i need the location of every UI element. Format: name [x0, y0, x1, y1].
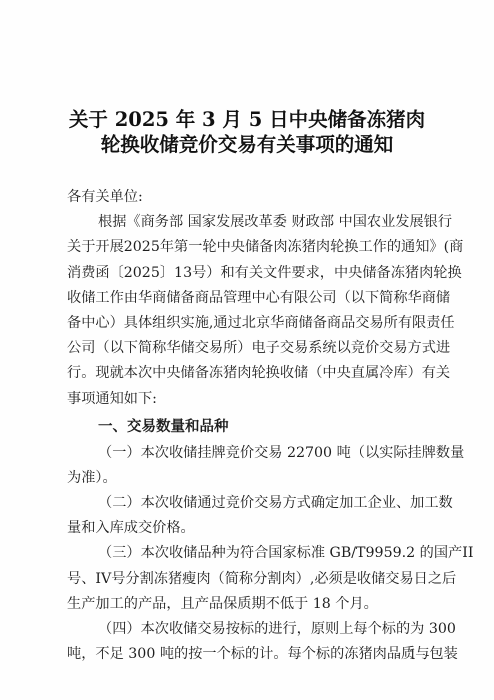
- item-1-line: （一）本次收储挂牌竞价交易 22700 吨（以实际挂牌数量: [67, 441, 429, 466]
- document-title: 关于 2025 年 3 月 5 日中央储备冻猪肉 轮换收储竞价交易有关事项的通知: [0, 107, 494, 157]
- item-3-line: 生产加工的产品，且产品保质期不低于 18 个月。: [67, 592, 429, 617]
- intro-line: 事项通知如下:: [67, 387, 429, 412]
- intro-line: 行。现就本次中央储备冻猪肉轮换收储（中央直属冷库）有关: [67, 361, 429, 386]
- section-heading: 一、交易数量和品种: [67, 412, 429, 441]
- salutation: 各有关单位:: [67, 185, 429, 210]
- item-4-line: （四）本次收储交易按标的进行，原则上每个标的为 300: [67, 617, 429, 642]
- intro-line: 备中心）具体组织实施,通过北京华商储备商品交易所有限责任: [67, 311, 429, 336]
- title-line-2: 轮换收储竞价交易有关事项的通知: [0, 132, 494, 157]
- item-2-line: 量和入库成交价格。: [67, 516, 429, 541]
- item-4-line: 吨，不足 300 吨的按一个标的计。每个标的冻猪肉品质与包装: [67, 642, 429, 667]
- item-3-line: （三）本次收储品种为符合国家标准 GB/T9959.2 的国产II: [67, 541, 429, 566]
- item-3-line: 号、IV号分割冻猪瘦肉（简称分割肉）,必须是收储交易日之后: [67, 567, 429, 592]
- intro-line: 根据《商务部 国家发展改革委 财政部 中国农业发展银行: [67, 210, 429, 235]
- item-1-line: 为准）。: [67, 466, 429, 491]
- document-page: 关于 2025 年 3 月 5 日中央储备冻猪肉 轮换收储竞价交易有关事项的通知…: [0, 0, 494, 700]
- intro-line: 消费函〔2025〕13号）和有关文件要求，中央储备冻猪肉轮换: [67, 261, 429, 286]
- item-2-line: （二）本次收储通过竞价交易方式确定加工企业、加工数: [67, 491, 429, 516]
- intro-line: 收储工作由华商储备商品管理中心有限公司（以下简称华商储: [67, 286, 429, 311]
- title-line-1: 关于 2025 年 3 月 5 日中央储备冻猪肉: [0, 107, 494, 132]
- intro-line: 关于开展2025年第一轮中央储备肉冻猪肉轮换工作的通知》(商: [67, 235, 429, 260]
- document-body: 各有关单位: 根据《商务部 国家发展改革委 财政部 中国农业发展银行 关于开展2…: [67, 185, 429, 667]
- page-number: - 1 -: [396, 648, 431, 663]
- intro-line: 公司（以下简称华储交易所）电子交易系统以竞价交易方式进: [67, 336, 429, 361]
